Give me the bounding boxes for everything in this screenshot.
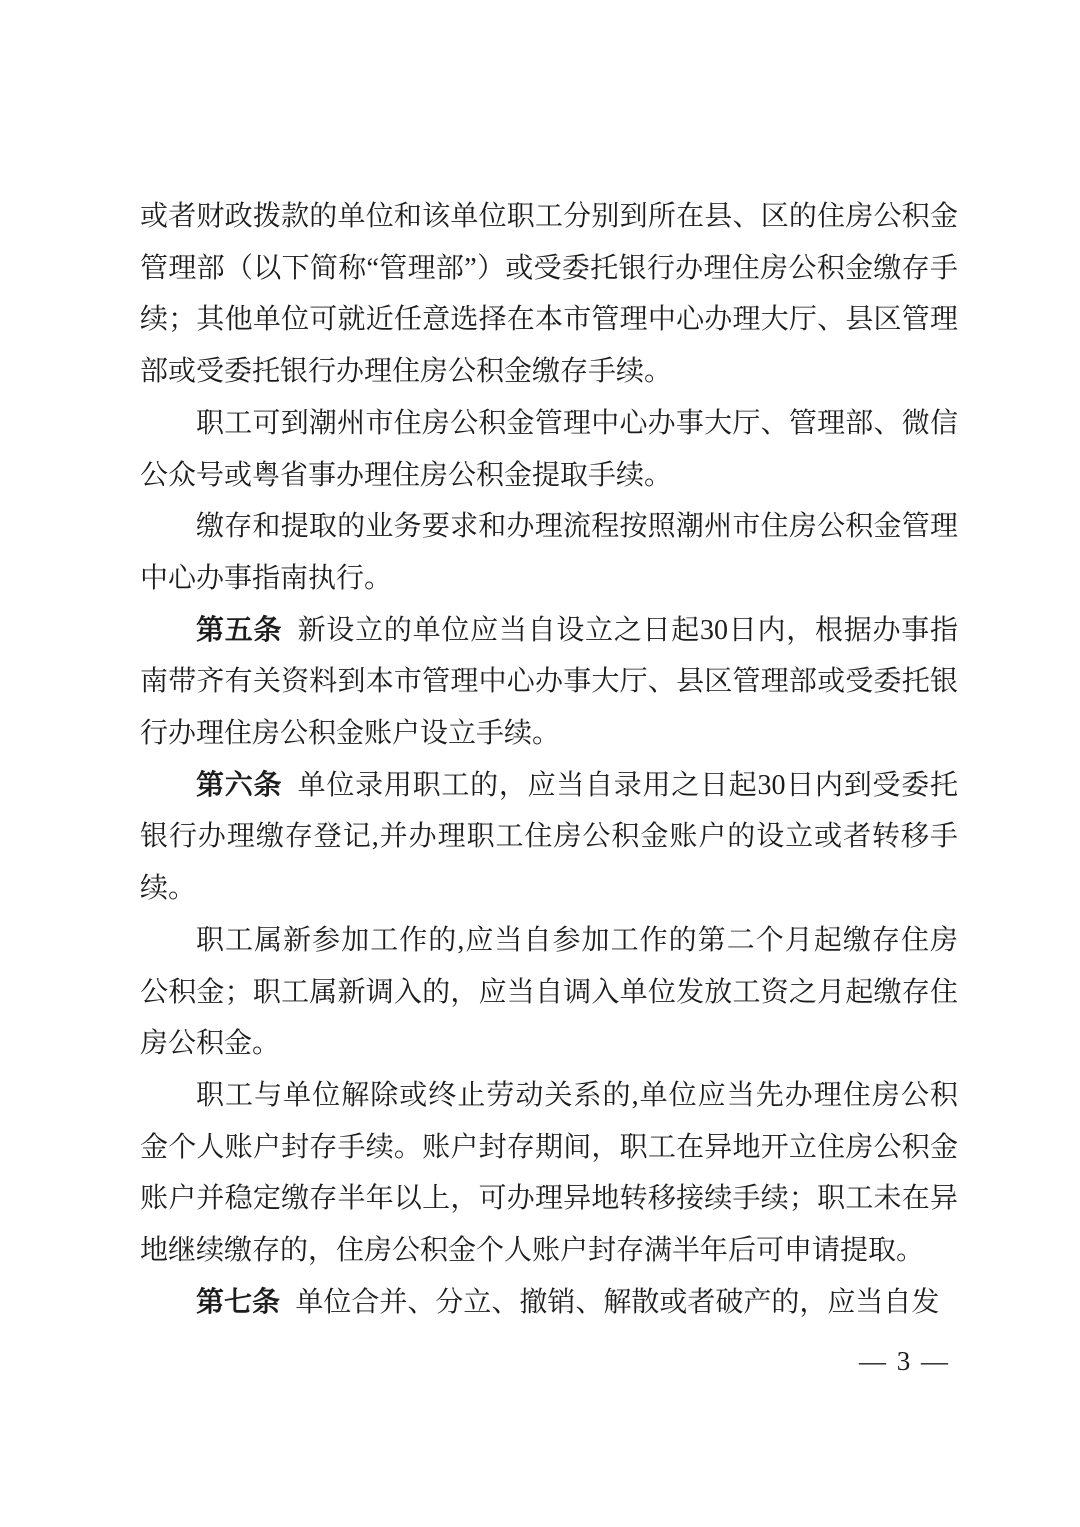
article-number: 第六条 — [196, 770, 282, 801]
page-number: — 3 — — [859, 1346, 948, 1377]
paragraph-withdrawal-channels: 职工可到潮州市住房公积金管理中心办事大厅、管理部、微信公众号或粤省事办理住房公积… — [140, 398, 958, 501]
article-number: 第七条 — [196, 1287, 280, 1318]
paragraph-business-requirements: 缴存和提取的业务要求和办理流程按照潮州市住房公积金管理中心办事指南执行。 — [140, 501, 958, 604]
paragraph-new-employee-deposit: 职工属新参加工作的,应当自参加工作的第二个月起缴存住房公积金；职工属新调入的，应… — [140, 915, 958, 1070]
document-body: 或者财政拨款的单位和该单位职工分别到所在县、区的住房公积金管理部（以下简称“管理… — [140, 191, 958, 1328]
paragraph-text: 职工与单位解除或终止劳动关系的,单位应当先办理住房公积金个人账户封存手续。账户封… — [140, 1080, 958, 1266]
paragraph-text: 职工可到潮州市住房公积金管理中心办事大厅、管理部、微信公众号或粤省事办理住房公积… — [140, 408, 958, 491]
paragraph-text: 或者财政拨款的单位和该单位职工分别到所在县、区的住房公积金管理部（以下简称“管理… — [140, 201, 958, 387]
paragraph-text: 缴存和提取的业务要求和办理流程按照潮州市住房公积金管理中心办事指南执行。 — [140, 511, 958, 594]
paragraph-article-7: 第七条单位合并、分立、撤销、解散或者破产的，应当自发 — [140, 1277, 958, 1329]
paragraph-article-5: 第五条新设立的单位应当自设立之日起30日内，根据办事指南带齐有关资料到本市管理中… — [140, 605, 958, 760]
paragraph-text: 单位合并、分立、撤销、解散或者破产的，应当自发 — [295, 1287, 939, 1318]
paragraph-labor-relation-termination: 职工与单位解除或终止劳动关系的,单位应当先办理住房公积金个人账户封存手续。账户封… — [140, 1070, 958, 1277]
paragraph-article-6: 第六条单位录用职工的，应当自录用之日起30日内到受委托银行办理缴存登记,并办理职… — [140, 760, 958, 915]
document-page: 或者财政拨款的单位和该单位职工分别到所在县、区的住房公积金管理部（以下简称“管理… — [0, 0, 1080, 1527]
article-number: 第五条 — [196, 615, 282, 646]
paragraph-deposit-procedures-continuation: 或者财政拨款的单位和该单位职工分别到所在县、区的住房公积金管理部（以下简称“管理… — [140, 191, 958, 398]
paragraph-text: 职工属新参加工作的,应当自参加工作的第二个月起缴存住房公积金；职工属新调入的，应… — [140, 925, 958, 1059]
